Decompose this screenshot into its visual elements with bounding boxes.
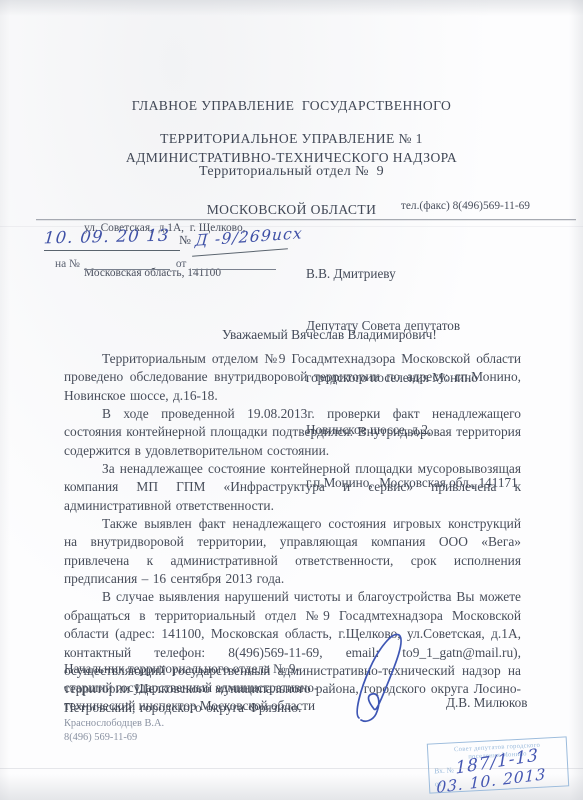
signer-title-line-1: Начальник территориального отдела № 9- [64, 660, 318, 679]
date-underline [44, 250, 180, 251]
reply-reference-row: на №от [55, 258, 276, 270]
scanned-letter-page: ГЛАВНОЕ УПРАВЛЕНИЕ ГОСУДАРСТВЕННОГО АДМИ… [0, 0, 583, 800]
scan-crease-bottom [0, 768, 583, 769]
paragraph-waste-company: За ненадлежащее состояние контейнерной п… [64, 460, 521, 515]
paragraph-inspection: Территориальным отделом №9 Госадмтехнадз… [64, 350, 521, 405]
signer-title-block: Начальник территориального отдела № 9- с… [64, 660, 318, 716]
reply-na-label: на № [55, 258, 80, 270]
territorial-division-title: ТЕРРИТОРИАЛЬНОЕ УПРАВЛЕНИЕ № 1 [0, 131, 583, 147]
recipient-name: В.В. Дмитриеву [306, 265, 518, 282]
letterhead-divider-rule [36, 219, 576, 220]
sender-phone: тел.(факс) 8(496)569-11-69 [401, 200, 530, 212]
handwritten-signature [352, 628, 416, 726]
reply-number-blank [84, 258, 170, 270]
outgoing-number-label: № [179, 233, 191, 248]
executor-name: Краснослободцев В.А. [64, 717, 164, 731]
signer-title-line-3: технический инспектор Московской области [64, 697, 318, 716]
outgoing-date-handwritten: 10. 09. 20 13 [43, 226, 170, 248]
stamp-incoming-number-label: Вх. № [434, 765, 454, 775]
salutation: Уважаемый Вячеслав Владимирович! [222, 327, 437, 343]
territorial-department-title: Территориальный отдел № 9 [0, 164, 583, 180]
paragraph-check-result: В ходе проведенной 19.08.2013г. проверки… [64, 405, 521, 460]
reply-date-blank [192, 258, 276, 270]
executor-phone: 8(496) 569-11-69 [64, 731, 164, 745]
paragraph-playground: Также выявлен факт ненадлежащего состоян… [64, 515, 521, 588]
signature-stroke-icon [352, 628, 416, 726]
reply-ot-label: от [176, 258, 187, 270]
scan-crease-middle [0, 226, 583, 227]
signer-name: Д.В. Милюков [446, 695, 527, 711]
executor-block: Краснослободцев В.А. 8(496) 569-11-69 [64, 717, 164, 744]
org-line-1: ГЛАВНОЕ УПРАВЛЕНИЕ ГОСУДАРСТВЕННОГО [0, 97, 583, 114]
signer-title-line-2: старший государственный административно- [64, 679, 318, 698]
